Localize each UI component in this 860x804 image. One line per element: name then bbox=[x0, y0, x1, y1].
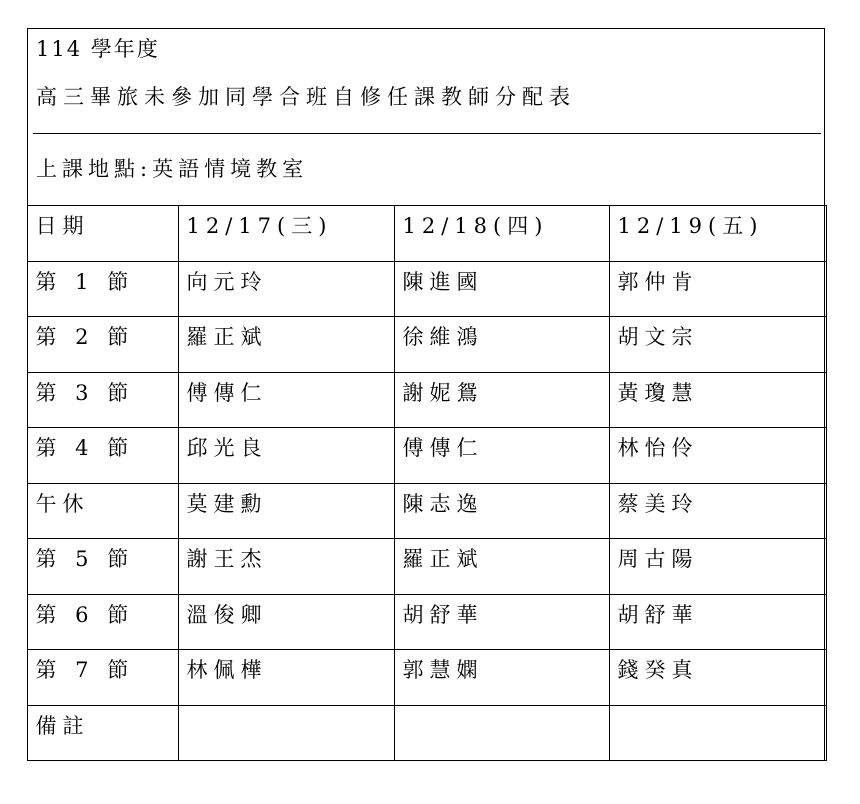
table-row: 第 1 節 向元玲 陳進國 郭仲肯 bbox=[27, 261, 826, 317]
remarks-row: 備註 bbox=[27, 705, 826, 761]
remarks-cell bbox=[394, 705, 609, 761]
teacher-cell: 郭慧嫻 bbox=[394, 650, 609, 706]
table-row: 第 6 節 溫俊卿 胡舒華 胡舒華 bbox=[27, 594, 826, 650]
date-header-1219: 12/19(五) bbox=[609, 206, 826, 262]
remarks-cell bbox=[609, 705, 826, 761]
teacher-cell: 胡舒華 bbox=[394, 594, 609, 650]
remarks-cell bbox=[178, 705, 394, 761]
teacher-cell: 羅正斌 bbox=[394, 539, 609, 595]
remarks-label: 備註 bbox=[27, 705, 178, 761]
teacher-cell: 蔡美玲 bbox=[609, 483, 826, 539]
period-label: 第 1 節 bbox=[27, 261, 178, 317]
table-row: 第 4 節 邱光良 傅傳仁 林怡伶 bbox=[27, 428, 826, 484]
teacher-cell: 陳志逸 bbox=[394, 483, 609, 539]
teacher-cell: 邱光良 bbox=[178, 428, 394, 484]
teacher-cell: 莫建勳 bbox=[178, 483, 394, 539]
document-title: 高三畢旅未參加同學合班自修任課教師分配表 bbox=[36, 81, 576, 111]
table-header-row: 日期 12/17(三) 12/18(四) 12/19(五) bbox=[27, 206, 826, 262]
teacher-cell: 傅傳仁 bbox=[178, 372, 394, 428]
teacher-cell: 胡文宗 bbox=[609, 317, 826, 373]
teacher-cell: 陳進國 bbox=[394, 261, 609, 317]
teacher-cell: 謝妮鴛 bbox=[394, 372, 609, 428]
teacher-cell: 溫俊卿 bbox=[178, 594, 394, 650]
table-row: 午休 莫建勳 陳志逸 蔡美玲 bbox=[27, 483, 826, 539]
teacher-cell: 郭仲肯 bbox=[609, 261, 826, 317]
teacher-cell: 周古陽 bbox=[609, 539, 826, 595]
teacher-cell: 徐維鴻 bbox=[394, 317, 609, 373]
table-row: 第 2 節 羅正斌 徐維鴻 胡文宗 bbox=[27, 317, 826, 373]
date-header-1217: 12/17(三) bbox=[178, 206, 394, 262]
period-label: 第 7 節 bbox=[27, 650, 178, 706]
document-header: 114 學年度 高三畢旅未參加同學合班自修任課教師分配表 上課地點:英語情境教室 bbox=[28, 29, 824, 206]
table-row: 第 3 節 傅傳仁 謝妮鴛 黃瓊慧 bbox=[27, 372, 826, 428]
period-label: 第 3 節 bbox=[27, 372, 178, 428]
period-label: 午休 bbox=[27, 483, 178, 539]
teacher-cell: 胡舒華 bbox=[609, 594, 826, 650]
schedule-document: 114 學年度 高三畢旅未參加同學合班自修任課教師分配表 上課地點:英語情境教室… bbox=[27, 28, 825, 760]
teacher-cell: 錢癸真 bbox=[609, 650, 826, 706]
class-location: 上課地點:英語情境教室 bbox=[36, 153, 308, 183]
teacher-cell: 傅傳仁 bbox=[394, 428, 609, 484]
teacher-cell: 羅正斌 bbox=[178, 317, 394, 373]
table-row: 第 5 節 謝王杰 羅正斌 周古陽 bbox=[27, 539, 826, 595]
academic-year: 114 學年度 bbox=[36, 33, 160, 63]
table-row: 第 7 節 林佩樺 郭慧嫻 錢癸真 bbox=[27, 650, 826, 706]
period-label: 第 6 節 bbox=[27, 594, 178, 650]
teacher-assignment-table: 日期 12/17(三) 12/18(四) 12/19(五) 第 1 節 向元玲 … bbox=[27, 205, 827, 761]
period-label: 第 2 節 bbox=[27, 317, 178, 373]
teacher-cell: 謝王杰 bbox=[178, 539, 394, 595]
period-label: 第 5 節 bbox=[27, 539, 178, 595]
date-label-cell: 日期 bbox=[27, 206, 178, 262]
period-label: 第 4 節 bbox=[27, 428, 178, 484]
teacher-cell: 向元玲 bbox=[178, 261, 394, 317]
teacher-cell: 黃瓊慧 bbox=[609, 372, 826, 428]
teacher-cell: 林怡伶 bbox=[609, 428, 826, 484]
header-divider bbox=[33, 133, 821, 134]
teacher-cell: 林佩樺 bbox=[178, 650, 394, 706]
date-header-1218: 12/18(四) bbox=[394, 206, 609, 262]
